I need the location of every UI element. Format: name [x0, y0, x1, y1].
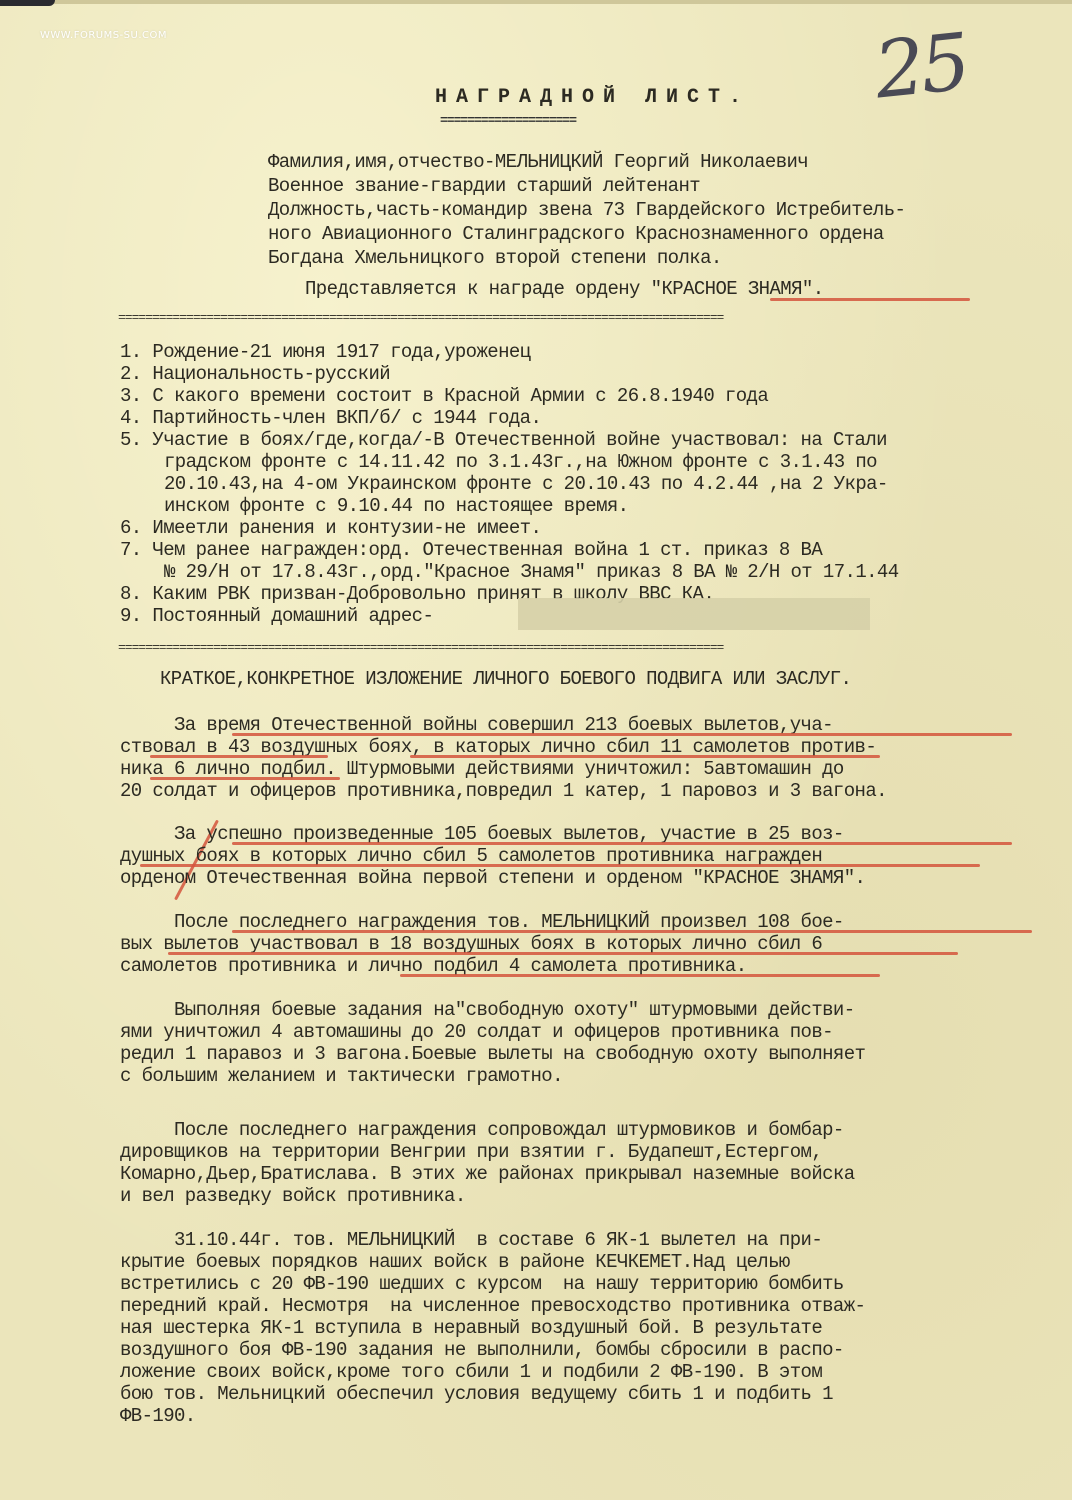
item-5-cont-2: 20.10.43,на 4-ом Украинском фронте с 20.…	[164, 472, 888, 496]
para5-line4: и вел разведку войск противника.	[120, 1184, 466, 1208]
separator-line-2: ========================================…	[118, 640, 1064, 655]
para6-line3: встретились с 20 ФВ-190 шедших с курсом …	[120, 1272, 844, 1296]
handwritten-page-number: 25	[871, 17, 971, 116]
para5-line3: Комарно,Дьер,Братислава. В этих же район…	[120, 1162, 855, 1186]
para2-line3: орденом Отечественная война первой степе…	[120, 866, 865, 890]
item-1: 1. Рождение-21 июня 1917 года,уроженец	[120, 340, 531, 364]
personal-position: Должность,часть-командир звена 73 Гварде…	[268, 198, 905, 222]
para6-line2: крытие боевых порядков наших войск в рай…	[120, 1250, 790, 1274]
item-9: 9. Постоянный домашний адрес-	[120, 604, 433, 628]
item-3: 3. С какого времени состоит в Красной Ар…	[120, 384, 768, 408]
scan-corner-shadow	[0, 0, 55, 6]
redacted-address	[518, 598, 870, 630]
red-underline	[232, 930, 1032, 933]
red-underline	[150, 777, 340, 780]
section-heading: КРАТКОЕ,КОНКРЕТНОЕ ИЗЛОЖЕНИЕ ЛИЧНОГО БОЕ…	[160, 667, 851, 691]
item-5: 5. Участие в боях/где,когда/-В Отечестве…	[120, 428, 887, 452]
para6-line1: 31.10.44г. тов. МЕЛЬНИЦКИЙ в составе 6 Я…	[120, 1228, 822, 1252]
para6-line4: передний край. Несмотря на численное пре…	[120, 1294, 865, 1318]
item-5-cont-1: градском фронте с 14.11.42 по 3.1.43г.,н…	[164, 450, 877, 474]
personal-unit: ного Авиационного Сталинградского Красно…	[268, 222, 884, 246]
item-4: 4. Партийность-член ВКП/б/ с 1944 года.	[120, 406, 541, 430]
para5-line1: После последнего награждения сопровождал…	[120, 1118, 844, 1142]
separator-line: ========================================…	[118, 310, 1064, 325]
para6-line9: ФВ-190.	[120, 1404, 196, 1428]
red-underline	[150, 755, 328, 758]
item-7: 7. Чем ранее награжден:орд. Отечественна…	[120, 538, 822, 562]
item-6: 6. Имеетли ранения и контузии-не имеет.	[120, 516, 541, 540]
red-underline	[770, 298, 970, 301]
para1-line4: 20 солдат и офицеров противника,повредил…	[120, 779, 887, 803]
para4-line3: редил 1 паравоз и 3 вагона.Боевые вылеты…	[120, 1042, 865, 1066]
document-title: НАГРАДНОЙ ЛИСТ.	[435, 86, 750, 109]
red-underline	[410, 755, 880, 758]
red-underline	[140, 864, 980, 867]
nomination-line: Представляется к награде ордену "КРАСНОЕ…	[305, 277, 824, 301]
item-2: 2. Национальность-русский	[120, 362, 390, 386]
personal-unit-cont: Богдана Хмельницкого второй степени полк…	[268, 246, 722, 270]
para4-line4: с большим желанием и тактически грамотно…	[120, 1064, 563, 1088]
item-7-cont: № 29/Н от 17.8.43г.,орд."Красное Знамя" …	[164, 560, 899, 584]
red-underline	[400, 974, 880, 977]
personal-name: Фамилия,имя,отчество-МЕЛЬНИЦКИЙ Георгий …	[268, 150, 808, 174]
red-underline	[168, 952, 958, 955]
personal-rank: Военное звание-гвардии старший лейтенант	[268, 174, 700, 198]
para6-line6: воздушного боя ФВ-190 задания не выполни…	[120, 1338, 844, 1362]
site-watermark: WWW.FORUMS-SU.COM	[40, 30, 167, 41]
red-underline	[232, 842, 1012, 845]
item-5-cont-3: инском фронте с 9.10.44 по настоящее вре…	[164, 494, 628, 518]
para4-line1: Выполняя боевые задания на"свободную охо…	[120, 998, 855, 1022]
para4-line2: ями уничтожил 4 автомашины до 20 солдат …	[120, 1020, 833, 1044]
page-top-edge	[0, 0, 1072, 4]
para6-line7: ложение своих войск,кроме того сбили 1 и…	[120, 1360, 822, 1384]
title-underline: ====================	[440, 113, 576, 128]
para6-line5: ная шестерка ЯК-1 вступила в неравный во…	[120, 1316, 822, 1340]
red-underline	[232, 733, 1012, 736]
para5-line2: дировщиков на территории Венгрии при взя…	[120, 1140, 822, 1164]
para6-line8: бою тов. Мельницкий обеспечил условия ве…	[120, 1382, 833, 1406]
